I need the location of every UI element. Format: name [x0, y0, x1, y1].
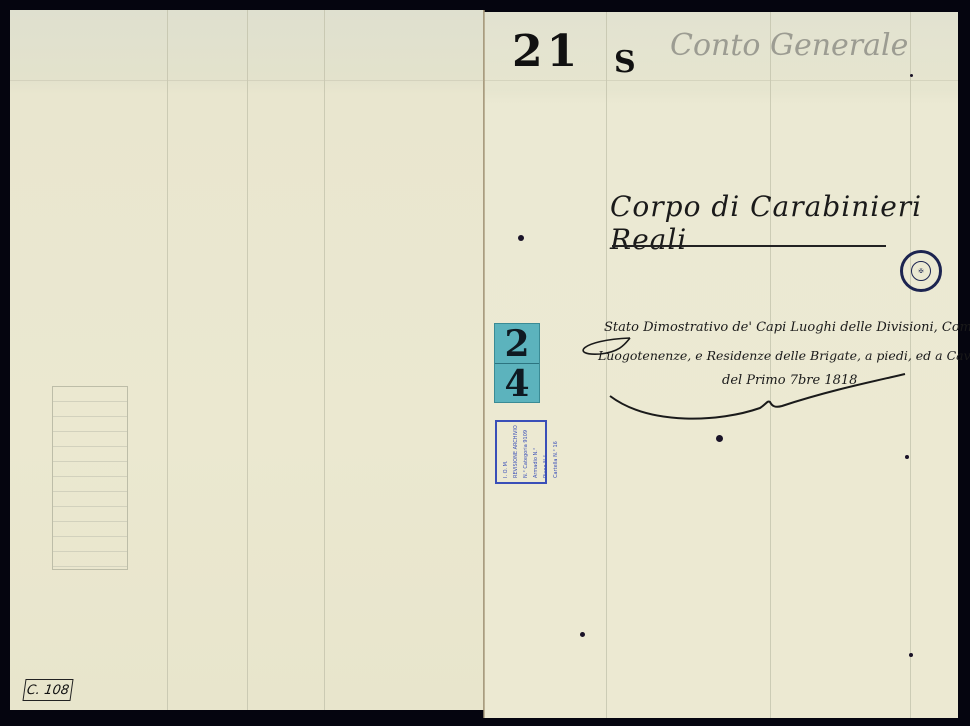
stencil-number: 21 — [512, 26, 581, 77]
round-archive-seal: ✠ — [900, 250, 942, 292]
ink-spot — [716, 435, 723, 442]
stamp-line: I. O. M. — [501, 418, 511, 478]
binding-gutter — [483, 10, 485, 718]
teal-label-bottom-digit: 4 — [495, 363, 539, 403]
faint-ruled-table — [52, 386, 128, 570]
title-underline — [612, 245, 886, 247]
stamp-line: N.° Categoria 9109 — [521, 418, 531, 478]
decorative-flourish — [570, 330, 930, 420]
ink-spot — [518, 235, 524, 241]
stamp-line: Cartella N.° 16 — [551, 418, 561, 478]
archive-revision-stamp: I. O. M. REVISIONE ARCHIVIO N.° Categori… — [495, 420, 547, 484]
left-page — [10, 10, 484, 710]
pencil-note: Conto Generale — [670, 28, 908, 63]
ink-spot — [905, 455, 909, 459]
ink-spot — [909, 653, 913, 657]
ink-spot — [910, 74, 913, 77]
stamp-line: REVISIONE ARCHIVIO — [511, 418, 521, 478]
stamp-line: Piano N.° — [541, 418, 551, 478]
reference-box: C. 108 — [22, 679, 73, 701]
seal-emblem-icon: ✠ — [911, 261, 931, 281]
teal-label-top-digit: 2 — [495, 324, 539, 363]
teal-number-label: 2 4 — [494, 323, 540, 403]
stencil-letter: S — [614, 45, 636, 80]
stamp-line: Armadio N.° — [531, 418, 541, 478]
ink-spot — [580, 632, 585, 637]
